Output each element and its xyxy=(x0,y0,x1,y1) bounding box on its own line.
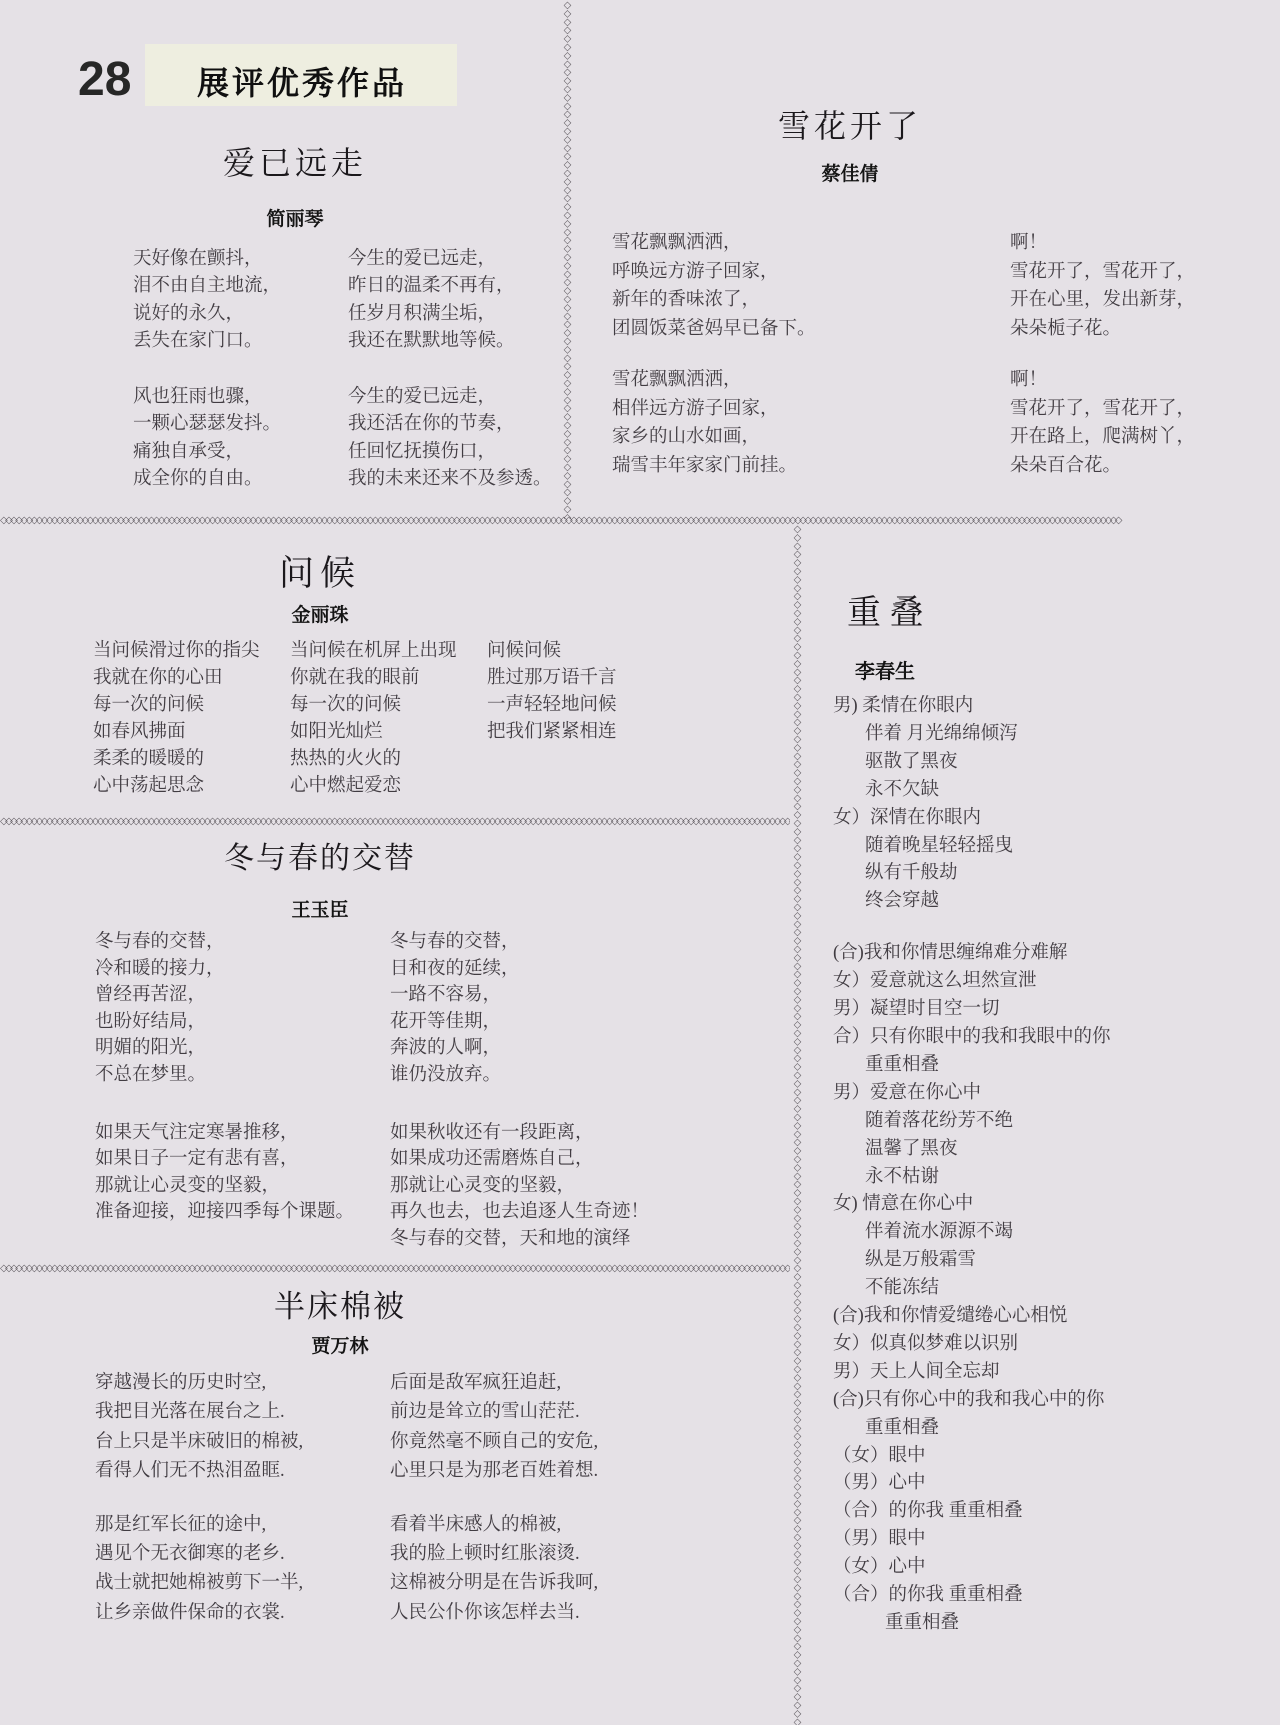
poem-line: 驱散了黑夜 xyxy=(833,749,1111,777)
stanza: 风也狂雨也骤，一颗心瑟瑟发抖。痛独自承受，成全你的自由。 xyxy=(133,384,281,493)
poem-author: 贾万林 xyxy=(0,1331,680,1358)
stanza: 看着半床感人的棉被,我的脸上顿时红胀滚烫.这棉被分明是在告诉我呵,人民公仆你该怎… xyxy=(390,1511,598,1629)
poem-line: （合）的你我 重重相叠 xyxy=(833,1582,1111,1610)
poem-title: 问候 xyxy=(0,546,640,596)
poem-line: （女）心中 xyxy=(833,1554,1111,1582)
poem-column: 雪花飘飘洒洒，呼唤远方游子回家，新年的香味浓了，团圆饭菜爸妈早已备下。雪花飘飘洒… xyxy=(612,229,816,481)
poem-line: 男）凝望时目空一切 xyxy=(833,996,1111,1024)
poem-line: 啊！ xyxy=(1010,229,1195,258)
poem-line: 昨日的温柔不再有， xyxy=(348,273,552,300)
poem-line: 合）只有你眼中的我和我眼中的你 xyxy=(833,1024,1111,1052)
poem-line: 丢失在家门口。 xyxy=(133,328,281,355)
poem-line: 心中燃起爱恋 xyxy=(290,773,457,800)
poem-line: 痛独自承受， xyxy=(133,439,281,466)
divider-ornament-horizontal-3: ◇◇◇◇◇◇◇◇◇◇◇◇◇◇◇◇◇◇◇◇◇◇◇◇◇◇◇◇◇◇◇◇◇◇◇◇◇◇◇◇… xyxy=(0,1263,790,1274)
poem-column: 冬与春的交替，冷和暖的接力，曾经再苦涩，也盼好结局，明媚的阳光，不总在梦里。如果… xyxy=(95,929,354,1226)
poem-title: 雪花开了 xyxy=(567,101,1133,147)
poem-line: 冷和暖的接力， xyxy=(95,956,354,983)
poem-line: 冬与春的交替， xyxy=(390,929,649,956)
poem-line: 纵是万般霜雪 xyxy=(833,1247,1111,1275)
poem-line: （男）心中 xyxy=(833,1470,1111,1498)
poem-line: 不能冻结 xyxy=(833,1275,1111,1303)
poem-line: 胜过那万语千言 xyxy=(487,665,617,692)
poem-column: 当问候滑过你的指尖我就在你的心田每一次的问候如春风拂面柔柔的暖暖的心中荡起思念 xyxy=(93,638,260,800)
poem-line: （合）的你我 重重相叠 xyxy=(833,1498,1111,1526)
poem-line: 重重相叠 xyxy=(833,1052,1111,1080)
poem-line: 任回忆抚摸伤口， xyxy=(348,439,552,466)
poem-line: 问候问候 xyxy=(487,638,617,665)
poem-line: 前边是耸立的雪山茫茫. xyxy=(390,1398,598,1427)
poem-overlap: 重 叠 李春生 男) 柔情在你眼内伴着 月光绵绵倾泻驱散了黑夜永不欠缺女）深情在… xyxy=(797,585,1280,1655)
poem-line: 热热的火火的 xyxy=(290,746,457,773)
poem-line: 终会穿越 xyxy=(833,888,1111,916)
page-header-title: 展评优秀作品 xyxy=(197,58,407,104)
stanza: 雪花飘飘洒洒，相伴远方游子回家，家乡的山水如画，瑞雪丰年家家门前挂。 xyxy=(612,366,816,481)
poem-title: 冬与春的交替 xyxy=(0,833,640,877)
poem-line: 我还在默默地等候。 xyxy=(348,328,552,355)
poem-line: 温馨了黑夜 xyxy=(833,1136,1111,1164)
poem-line: 瑞雪丰年家家门前挂。 xyxy=(612,452,816,481)
poem-love-has-gone: 爱已远走 简丽琴 天好像在颤抖，泪不由自主地流，说好的永久，丢失在家门口。风也狂… xyxy=(60,138,530,508)
poem-column: 今生的爱已远走，昨日的温柔不再有，任岁月积满尘垢，我还在默默地等候。今生的爱已远… xyxy=(348,246,552,493)
poem-line: 新年的香味浓了， xyxy=(612,286,816,315)
poem-line: 重重相叠 xyxy=(833,1415,1111,1443)
stanza: 今生的爱已远走，昨日的温柔不再有，任岁月积满尘垢，我还在默默地等候。 xyxy=(348,246,552,355)
poem-line: 谁仍没放弃。 xyxy=(390,1062,649,1089)
poem-line: 朵朵百合花。 xyxy=(1010,452,1195,481)
poem-snowflakes-bloom: 雪花开了 蔡佳倩 雪花飘飘洒洒，呼唤远方游子回家，新年的香味浓了，团圆饭菜爸妈早… xyxy=(567,101,1267,511)
poem-line: 如春风拂面 xyxy=(93,719,260,746)
poem-line: 把我们紧紧相连 xyxy=(487,719,617,746)
poem-author: 王玉臣 xyxy=(0,895,640,922)
poem-half-quilt: 半床棉被 贾万林 穿越漫长的历史时空,我把目光落在展台之上.台上只是半床破旧的棉… xyxy=(0,1281,700,1661)
poem-line: 今生的爱已远走， xyxy=(348,384,552,411)
stanza: 后面是敌军疯狂追赶,前边是耸立的雪山茫茫.你竟然毫不顾自己的安危,心里只是为那老… xyxy=(390,1369,598,1487)
poem-line: (合)我和你情爱缱绻心心相悦 xyxy=(833,1303,1111,1331)
stanza: 天好像在颤抖，泪不由自主地流，说好的永久，丢失在家门口。 xyxy=(133,246,281,355)
poem-author: 金丽珠 xyxy=(0,600,640,627)
poem-line: 呼唤远方游子回家， xyxy=(612,258,816,287)
poem-line: 泪不由自主地流， xyxy=(133,273,281,300)
poem-line: 你就在我的眼前 xyxy=(290,665,457,692)
poem-line: 开在心里，发出新芽， xyxy=(1010,286,1195,315)
poem-line: 那就让心灵变的坚毅， xyxy=(95,1173,354,1200)
poem-line: 日和夜的延续， xyxy=(390,956,649,983)
poem-line: 女）爱意就这么坦然宣泄 xyxy=(833,968,1111,996)
poem-line: 如阳光灿烂 xyxy=(290,719,457,746)
poem-line: 我的未来还来不及参透。 xyxy=(348,466,552,493)
poem-line: 一颗心瑟瑟发抖。 xyxy=(133,411,281,438)
stanza: 啊！雪花开了，雪花开了，开在心里，发出新芽，朵朵栀子花。 xyxy=(1010,229,1195,344)
poem-line: 也盼好结局， xyxy=(95,1009,354,1036)
poem-line: 纵有千般劫 xyxy=(833,860,1111,888)
poem-line: 女）深情在你眼内 xyxy=(833,805,1111,833)
stanza: 冬与春的交替，日和夜的延续，一路不容易，花开等佳期，奔波的人啊，谁仍没放弃。 xyxy=(390,929,649,1089)
stanza: 那是红军长征的途中,遇见个无衣御寒的老乡.战士就把她棉被剪下一半,让乡亲做件保命… xyxy=(95,1511,303,1629)
stanza: 雪花飘飘洒洒，呼唤远方游子回家，新年的香味浓了，团圆饭菜爸妈早已备下。 xyxy=(612,229,816,344)
divider-ornament-horizontal-2: ◇◇◇◇◇◇◇◇◇◇◇◇◇◇◇◇◇◇◇◇◇◇◇◇◇◇◇◇◇◇◇◇◇◇◇◇◇◇◇◇… xyxy=(0,816,790,827)
poem-line: 如果秋收还有一段距离， xyxy=(390,1120,649,1147)
stanza: 如果秋收还有一段距离，如果成功还需磨炼自己，那就让心灵变的坚毅，再久也去，也去追… xyxy=(390,1120,649,1253)
poem-line: 每一次的问候 xyxy=(290,692,457,719)
poem-line: 再久也去，也去追逐人生奇迹！ xyxy=(390,1199,649,1226)
poem-line: 今生的爱已远走， xyxy=(348,246,552,273)
poem-column: 后面是敌军疯狂追赶,前边是耸立的雪山茫茫.你竟然毫不顾自己的安危,心里只是为那老… xyxy=(390,1369,598,1628)
stanza: 今生的爱已远走，我还活在你的节奏，任回忆抚摸伤口，我的未来还来不及参透。 xyxy=(348,384,552,493)
stanza: 如果天气注定寒暑推移，如果日子一定有悲有喜，那就让心灵变的坚毅，准备迎接，迎接四… xyxy=(95,1120,354,1226)
poem-line: 柔柔的暖暖的 xyxy=(93,746,260,773)
poem-line: 家乡的山水如画， xyxy=(612,423,816,452)
poem-author: 简丽琴 xyxy=(60,204,530,231)
poem-line: 心里只是为那老百姓着想. xyxy=(390,1457,598,1486)
poem-line: 冬与春的交替， xyxy=(95,929,354,956)
poem-column: 问候问候胜过那万语千言一声轻轻地问候把我们紧紧相连 xyxy=(487,638,617,746)
poem-line: 不总在梦里。 xyxy=(95,1062,354,1089)
poem-lines: 男) 柔情在你眼内伴着 月光绵绵倾泻驱散了黑夜永不欠缺女）深情在你眼内随着晚星轻… xyxy=(833,693,1111,1638)
poem-line: 心中荡起思念 xyxy=(93,773,260,800)
poem-line: 男) 柔情在你眼内 xyxy=(833,693,1111,721)
poem-line: 男）爱意在你心中 xyxy=(833,1080,1111,1108)
stanza: 啊！雪花开了，雪花开了，开在路上，爬满树丫，朵朵百合花。 xyxy=(1010,366,1195,481)
poem-author: 蔡佳倩 xyxy=(567,159,1133,186)
poem-line: 我还活在你的节奏， xyxy=(348,411,552,438)
poem-line: 我就在你的心田 xyxy=(93,665,260,692)
stanza: 当问候滑过你的指尖我就在你的心田每一次的问候如春风拂面柔柔的暖暖的心中荡起思念 xyxy=(93,638,260,800)
poem-line: 相伴远方游子回家， xyxy=(612,395,816,424)
poem-line: 重重相叠 xyxy=(833,1610,1111,1638)
poem-line: 开在路上，爬满树丫， xyxy=(1010,423,1195,452)
poem-line: 说好的永久， xyxy=(133,301,281,328)
poem-line: 女) 情意在你心中 xyxy=(833,1191,1111,1219)
poem-column: 当问候在机屏上出现你就在我的眼前每一次的问候如阳光灿烂热热的火火的心中燃起爱恋 xyxy=(290,638,457,800)
poem-line: 看着半床感人的棉被, xyxy=(390,1511,598,1540)
poem-line: 这棉被分明是在告诉我呵, xyxy=(390,1569,598,1598)
poem-line: 朵朵栀子花。 xyxy=(1010,315,1195,344)
poem-line: 曾经再苦涩， xyxy=(95,982,354,1009)
stanza: 穿越漫长的历史时空,我把目光落在展台之上.台上只是半床破旧的棉被,看得人们无不热… xyxy=(95,1369,303,1487)
poem-line: 如果日子一定有悲有喜， xyxy=(95,1146,354,1173)
poem-line: 伴着流水源源不竭 xyxy=(833,1219,1111,1247)
poem-line: 让乡亲做件保命的衣裳. xyxy=(95,1599,303,1628)
poem-line: 随着落花纷芳不绝 xyxy=(833,1108,1111,1136)
poem-winter-spring: 冬与春的交替 王玉臣 冬与春的交替，冷和暖的接力，曾经再苦涩，也盼好结局，明媚的… xyxy=(0,833,700,1258)
poem-line: 我把目光落在展台之上. xyxy=(95,1398,303,1427)
poem-line: 伴着 月光绵绵倾泻 xyxy=(833,721,1111,749)
poem-line: 遇见个无衣御寒的老乡. xyxy=(95,1540,303,1569)
poem-column: 穿越漫长的历史时空,我把目光落在展台之上.台上只是半床破旧的棉被,看得人们无不热… xyxy=(95,1369,303,1628)
poem-line: 成全你的自由。 xyxy=(133,466,281,493)
poem-line: 一路不容易， xyxy=(390,982,649,1009)
poem-line: 天好像在颤抖， xyxy=(133,246,281,273)
poem-line: 那是红军长征的途中, xyxy=(95,1511,303,1540)
poem-line: 永不欠缺 xyxy=(833,777,1111,805)
poem-line: (合)只有你心中的我和我心中的你 xyxy=(833,1387,1111,1415)
poem-line: 人民公仆你该怎样去当. xyxy=(390,1599,598,1628)
poem-column: 冬与春的交替，日和夜的延续，一路不容易，花开等佳期，奔波的人啊，谁仍没放弃。如果… xyxy=(390,929,649,1253)
poem-title: 半床棉被 xyxy=(0,1281,680,1326)
poem-greeting: 问候 金丽珠 当问候滑过你的指尖我就在你的心田每一次的问候如春风拂面柔柔的暖暖的… xyxy=(0,546,700,811)
poem-line: 随着晚星轻轻摇曳 xyxy=(833,833,1111,861)
poem-column: 啊！雪花开了，雪花开了，开在心里，发出新芽，朵朵栀子花。啊！雪花开了，雪花开了，… xyxy=(1010,229,1195,481)
poem-line: 台上只是半床破旧的棉被, xyxy=(95,1428,303,1457)
poem-line: 雪花开了，雪花开了， xyxy=(1010,395,1195,424)
poem-line: 明媚的阳光， xyxy=(95,1035,354,1062)
page-number: 28 xyxy=(78,52,131,107)
poem-line: （女）眼中 xyxy=(833,1443,1111,1471)
poem-line: 后面是敌军疯狂追赶, xyxy=(390,1369,598,1398)
poem-line: 我的脸上顿时红胀滚烫. xyxy=(390,1540,598,1569)
poem-author: 李春生 xyxy=(855,655,915,684)
poem-title: 重 叠 xyxy=(847,585,924,634)
poem-line: 女）似真似梦难以识别 xyxy=(833,1331,1111,1359)
poem-line: 雪花开了，雪花开了， xyxy=(1010,258,1195,287)
poem-line: (合)我和你情思缠绵难分难解 xyxy=(833,940,1111,968)
poem-line: 如果天气注定寒暑推移， xyxy=(95,1120,354,1147)
magazine-page: ◇◇◇◇◇◇◇◇◇◇◇◇◇◇◇◇◇◇◇◇◇◇◇◇◇◇◇◇◇◇◇◇◇◇◇◇◇◇◇◇… xyxy=(0,0,1280,1725)
poem-line: 当问候在机屏上出现 xyxy=(290,638,457,665)
poem-line: 团圆饭菜爸妈早已备下。 xyxy=(612,315,816,344)
poem-title: 爱已远走 xyxy=(60,138,530,184)
poem-line: 你竟然毫不顾自己的安危, xyxy=(390,1428,598,1457)
poem-line: 看得人们无不热泪盈眶. xyxy=(95,1457,303,1486)
poem-line: 永不枯谢 xyxy=(833,1164,1111,1192)
stanza: 问候问候胜过那万语千言一声轻轻地问候把我们紧紧相连 xyxy=(487,638,617,746)
poem-line: 那就让心灵变的坚毅， xyxy=(390,1173,649,1200)
poem-line: 穿越漫长的历史时空, xyxy=(95,1369,303,1398)
poem-line: 当问候滑过你的指尖 xyxy=(93,638,260,665)
poem-line: 雪花飘飘洒洒， xyxy=(612,366,816,395)
poem-line: 一声轻轻地问候 xyxy=(487,692,617,719)
poem-line: 啊！ xyxy=(1010,366,1195,395)
poem-line: 男）天上人间全忘却 xyxy=(833,1359,1111,1387)
poem-line: 任岁月积满尘垢， xyxy=(348,301,552,328)
poem-line: 准备迎接，迎接四季每个课题。 xyxy=(95,1199,354,1226)
poem-line: （男）眼中 xyxy=(833,1526,1111,1554)
divider-ornament-horizontal-1: ◇◇◇◇◇◇◇◇◇◇◇◇◇◇◇◇◇◇◇◇◇◇◇◇◇◇◇◇◇◇◇◇◇◇◇◇◇◇◇◇… xyxy=(0,515,1280,526)
poem-line: 花开等佳期， xyxy=(390,1009,649,1036)
poem-line: 战士就把她棉被剪下一半, xyxy=(95,1569,303,1598)
poem-line: 雪花飘飘洒洒， xyxy=(612,229,816,258)
poem-line: 冬与春的交替，天和地的演绎 xyxy=(390,1226,649,1253)
stanza: 冬与春的交替，冷和暖的接力，曾经再苦涩，也盼好结局，明媚的阳光，不总在梦里。 xyxy=(95,929,354,1089)
poem-line: 奔波的人啊， xyxy=(390,1035,649,1062)
poem-line: 每一次的问候 xyxy=(93,692,260,719)
poem-column: 天好像在颤抖，泪不由自主地流，说好的永久，丢失在家门口。风也狂雨也骤，一颗心瑟瑟… xyxy=(133,246,281,493)
poem-line: 如果成功还需磨炼自己， xyxy=(390,1146,649,1173)
poem-line: 风也狂雨也骤， xyxy=(133,384,281,411)
stanza: 当问候在机屏上出现你就在我的眼前每一次的问候如阳光灿烂热热的火火的心中燃起爱恋 xyxy=(290,638,457,800)
